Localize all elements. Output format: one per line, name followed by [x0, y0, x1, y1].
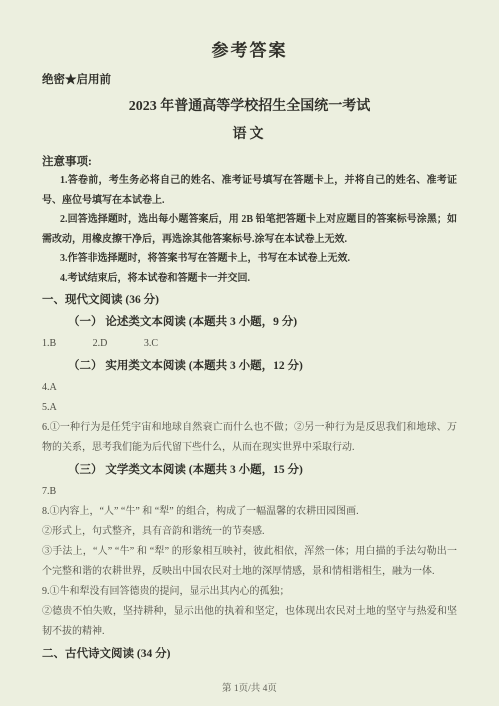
answer-q8-point-3: ③手法上，“人” “牛” 和 “犁” 的形象相互映衬，彼此相依，浑然一体；用白描…: [42, 542, 457, 582]
notice-item-4: 4.考试结束后，将本试卷和答题卡一并交回.: [42, 269, 457, 289]
notice-item-1: 1.答卷前，考生务必将自己的姓名、准考证号填写在答题卡上，并将自己的姓名、准考证…: [42, 171, 457, 210]
subject-title: 语文: [42, 123, 457, 143]
subsection-heading-argumentative-reading: （一） 论述类文本阅读 (本题共 3 小题，9 分): [68, 312, 457, 332]
page-footer: 第 1页/共 4页: [0, 680, 499, 694]
mc-answer-q2: 2.D: [93, 338, 108, 349]
exam-title: 2023 年普通高等学校招生全国统一考试: [42, 95, 457, 115]
answer-q8-point-2: ②形式上，句式整齐，具有音韵和谐统一的节奏感.: [42, 522, 457, 542]
answer-q4: 4.A: [42, 378, 457, 398]
mc-answer-q1: 1.B: [42, 338, 56, 349]
answer-q9-point-1: 9.①牛和犁没有回答德贵的提问，显示出其内心的孤独；: [42, 582, 457, 602]
answer-q7: 7.B: [42, 482, 457, 502]
answer-key-title: 参考答案: [42, 36, 457, 61]
section-heading-ancient-poetry-reading: 二、古代诗文阅读 (34 分): [42, 644, 457, 664]
notice-item-3: 3.作答非选择题时，将答案书写在答题卡上，书写在本试卷上无效.: [42, 249, 457, 269]
subsection-heading-literary-reading: （三） 文学类文本阅读 (本题共 3 小题，15 分): [68, 460, 457, 480]
mc-answers-row-1: 1.B 2.D 3.C: [42, 334, 457, 354]
subsection-heading-practical-reading: （二） 实用类文本阅读 (本题共 3 小题，12 分): [68, 356, 457, 376]
mc-answer-q3: 3.C: [144, 338, 158, 349]
notice-item-2: 2.回答选择题时，选出每小题答案后，用 2B 铅笔把答题卡上对应题目的答案标号涂…: [42, 210, 457, 249]
section-heading-modern-reading: 一、现代文阅读 (36 分): [42, 290, 457, 310]
answer-q8-point-1: 8.①内容上，“人” “牛” 和 “犁” 的组合，构成了一幅温馨的农耕田园图画.: [42, 502, 457, 522]
answer-q6: 6.①一种行为是任凭宇宙和地球自然衰亡而什么也不做；②另一种行为是反思我们和地球…: [42, 418, 457, 458]
answer-q9-point-2: ②德贵不怕失败，坚持耕种，显示出他的执着和坚定，也体现出农民对土地的坚守与热爱和…: [42, 602, 457, 642]
notice-heading: 注意事项:: [42, 153, 457, 169]
security-marking: 绝密★启用前: [42, 71, 457, 87]
answer-q5: 5.A: [42, 398, 457, 418]
exam-answer-page: 参考答案 绝密★启用前 2023 年普通高等学校招生全国统一考试 语文 注意事项…: [0, 0, 499, 706]
